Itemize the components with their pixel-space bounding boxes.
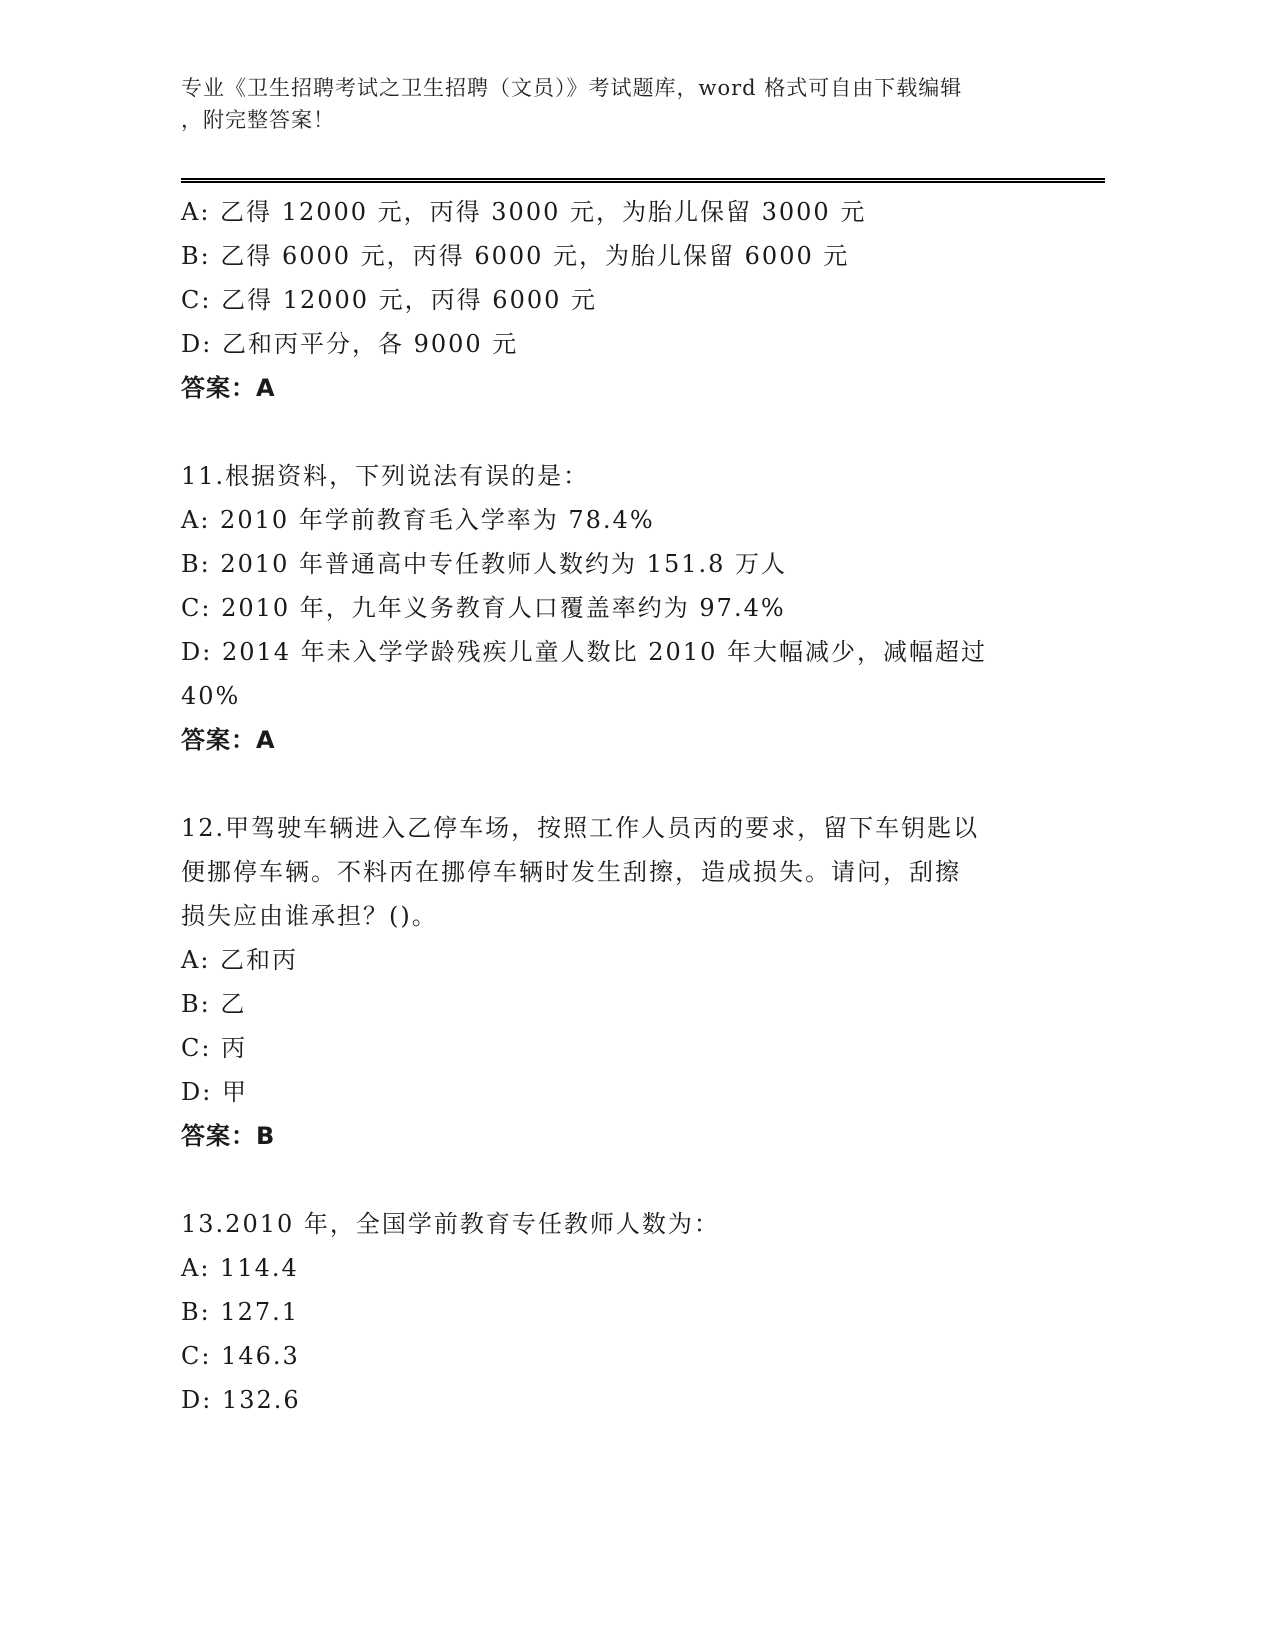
question-13: 13.2010 年，全国学前教育专任教师人数为： A: 114.4 B: 127…	[181, 1202, 1061, 1422]
option-b: B: 乙得 6000 元，丙得 6000 元，为胎儿保留 6000 元	[181, 234, 1061, 278]
option-c: C: 146.3	[181, 1334, 1061, 1378]
option-d-continued: 40%	[181, 674, 1061, 718]
question-stem: 11.根据资料，下列说法有误的是：	[181, 454, 1061, 498]
answer: 答案：A	[181, 366, 1061, 410]
option-d: D: 甲	[181, 1070, 1061, 1114]
option-c: C: 丙	[181, 1026, 1061, 1070]
option-b: B: 乙	[181, 982, 1061, 1026]
question-12: 12.甲驾驶车辆进入乙停车场，按照工作人员丙的要求，留下车钥匙以 便挪停车辆。不…	[181, 806, 1061, 1158]
option-d: D: 乙和丙平分，各 9000 元	[181, 322, 1061, 366]
option-a: A: 乙和丙	[181, 938, 1061, 982]
option-d: D: 2014 年未入学学龄残疾儿童人数比 2010 年大幅减少，减幅超过	[181, 630, 1061, 674]
answer: 答案：B	[181, 1114, 1061, 1158]
header-line-1: 专业《卫生招聘考试之卫生招聘（文员）》考试题库，word 格式可自由下载编辑	[181, 72, 1041, 104]
question-stem-line-3: 损失应由谁承担？()。	[181, 894, 1061, 938]
question-stem-line-2: 便挪停车辆。不料丙在挪停车辆时发生刮擦，造成损失。请问，刮擦	[181, 850, 1061, 894]
question-11: 11.根据资料，下列说法有误的是： A: 2010 年学前教育毛入学率为 78.…	[181, 454, 1061, 762]
question-10: A: 乙得 12000 元，丙得 3000 元，为胎儿保留 3000 元 B: …	[181, 190, 1061, 410]
option-b: B: 2010 年普通高中专任教师人数约为 151.8 万人	[181, 542, 1061, 586]
answer: 答案：A	[181, 718, 1061, 762]
option-d: D: 132.6	[181, 1378, 1061, 1422]
option-a: A: 乙得 12000 元，丙得 3000 元，为胎儿保留 3000 元	[181, 190, 1061, 234]
question-stem: 13.2010 年，全国学前教育专任教师人数为：	[181, 1202, 1061, 1246]
option-c: C: 2010 年，九年义务教育人口覆盖率约为 97.4%	[181, 586, 1061, 630]
document-header: 专业《卫生招聘考试之卫生招聘（文员）》考试题库，word 格式可自由下载编辑 ，…	[181, 72, 1041, 136]
option-a: A: 114.4	[181, 1246, 1061, 1290]
question-content: A: 乙得 12000 元，丙得 3000 元，为胎儿保留 3000 元 B: …	[181, 190, 1061, 1422]
question-stem-line-1: 12.甲驾驶车辆进入乙停车场，按照工作人员丙的要求，留下车钥匙以	[181, 806, 1061, 850]
option-a: A: 2010 年学前教育毛入学率为 78.4%	[181, 498, 1061, 542]
option-c: C: 乙得 12000 元，丙得 6000 元	[181, 278, 1061, 322]
option-b: B: 127.1	[181, 1290, 1061, 1334]
header-double-rule	[181, 178, 1105, 183]
header-line-2: ，附完整答案！	[181, 104, 1041, 136]
